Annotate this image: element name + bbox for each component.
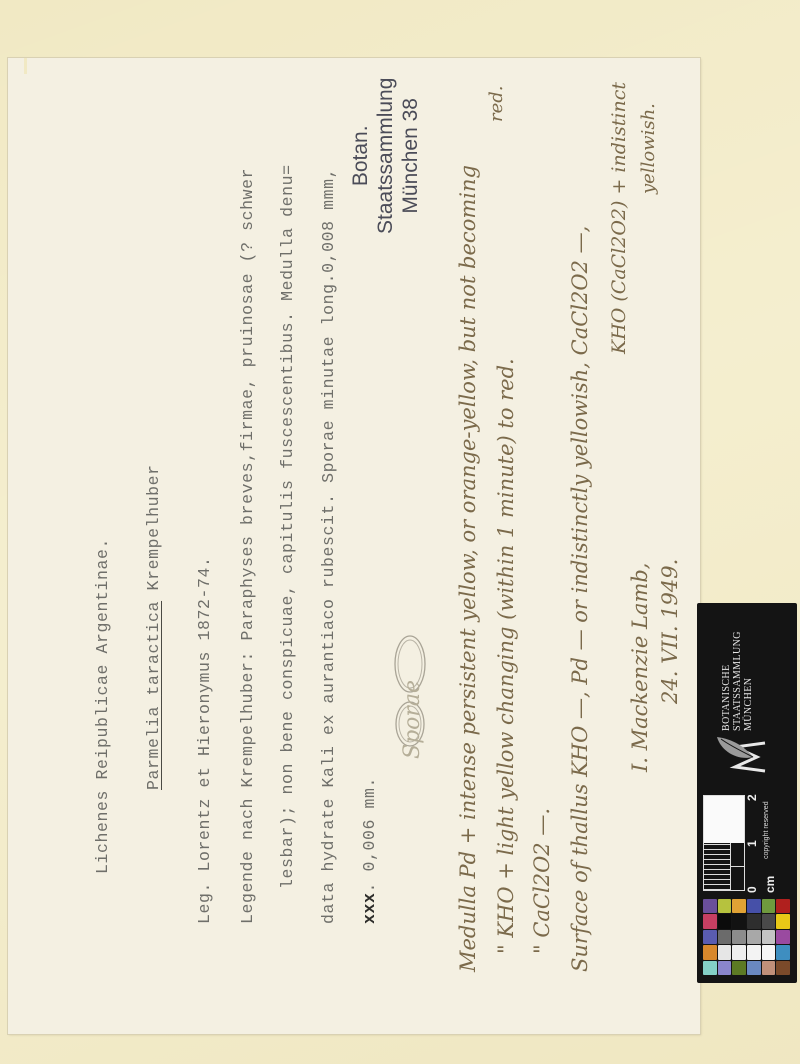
typed-description-line-1: Legende nach Krempelhuber: Paraphyses br… xyxy=(238,168,257,924)
color-patch xyxy=(747,945,761,959)
leaf-m-logo-icon xyxy=(713,735,771,775)
color-patch xyxy=(747,914,761,928)
color-patch xyxy=(703,945,717,959)
color-patch xyxy=(718,899,732,913)
color-patch xyxy=(718,945,732,959)
color-patch xyxy=(762,961,776,975)
typed-collector: Leg. Lorentz et Hieronymus 1872-74. xyxy=(195,556,214,924)
institution-name: BOTANISCHE STAATSSAMMLUNG MÜNCHEN xyxy=(721,631,754,731)
handwritten-line-5b: yellowish. xyxy=(638,103,659,194)
sketch-label: Sporae xyxy=(400,680,425,759)
color-patch xyxy=(776,945,790,959)
color-patch xyxy=(703,930,717,944)
color-checker xyxy=(697,894,795,980)
color-patch xyxy=(762,930,776,944)
struck-out-text: xxx xyxy=(360,892,379,924)
handwritten-line-3: " CaCl2O2 —. xyxy=(530,808,554,954)
color-patch xyxy=(747,961,761,975)
color-patch xyxy=(747,899,761,913)
handwritten-line-2: " KHO + light yellow changing (within 1 … xyxy=(494,358,518,954)
handwritten-line-1: Medulla Pd + intense persistent yellow, … xyxy=(456,165,480,972)
color-patch xyxy=(762,945,776,959)
institution-stamp: Botan. Staatssammlung München 38 xyxy=(348,78,423,234)
handwritten-date: 24. VII. 1949. xyxy=(658,559,682,704)
color-patch xyxy=(718,930,732,944)
color-patch xyxy=(732,914,746,928)
color-patch xyxy=(703,899,717,913)
scale-tick-0: 0 xyxy=(745,886,759,893)
scale-tick-2: 2 xyxy=(745,794,759,801)
color-patch xyxy=(703,961,717,975)
handwritten-line-4: Surface of thallus KHO —, Pd — or indist… xyxy=(568,226,592,972)
color-patch xyxy=(732,930,746,944)
taxon-name: Parmelia taractica xyxy=(144,601,163,790)
color-patch xyxy=(718,961,732,975)
color-patch xyxy=(776,961,790,975)
label-content: Lichenes Reipublicae Argentinae. Parmeli… xyxy=(8,58,700,1034)
typed-description-line-3: data hydrate Kali ex aurantiaco rubescit… xyxy=(319,168,338,924)
color-checker-grid xyxy=(703,899,790,975)
handwritten-line-1b: red. xyxy=(486,85,507,122)
color-patch xyxy=(732,899,746,913)
handwritten-line-5: KHO (CaCl2O2) + indistinct xyxy=(608,82,630,354)
color-patch xyxy=(732,945,746,959)
typed-header: Lichenes Reipublicae Argentinae. xyxy=(93,538,112,874)
typed-taxon: Parmelia taractica Krempelhuber xyxy=(144,464,163,790)
scale-tick-1: 1 xyxy=(745,840,759,847)
copyright-text: copyright reserved xyxy=(763,801,770,859)
color-patch xyxy=(718,914,732,928)
color-patch xyxy=(732,961,746,975)
centimeter-scale xyxy=(703,795,745,891)
color-patch xyxy=(776,899,790,913)
typed-description-line-4: xxx. 0,006 mm. xyxy=(360,777,379,924)
collector-signature: I. Mackenzie Lamb, xyxy=(628,563,652,773)
color-patch xyxy=(703,914,717,928)
color-patch xyxy=(776,930,790,944)
typed-description-line-2: lesbar); non bene conspicuae, capitulis … xyxy=(278,164,297,889)
color-patch xyxy=(762,914,776,928)
color-patch xyxy=(776,914,790,928)
scale-unit: cm xyxy=(763,876,777,893)
color-patch xyxy=(747,930,761,944)
color-patch xyxy=(762,899,776,913)
